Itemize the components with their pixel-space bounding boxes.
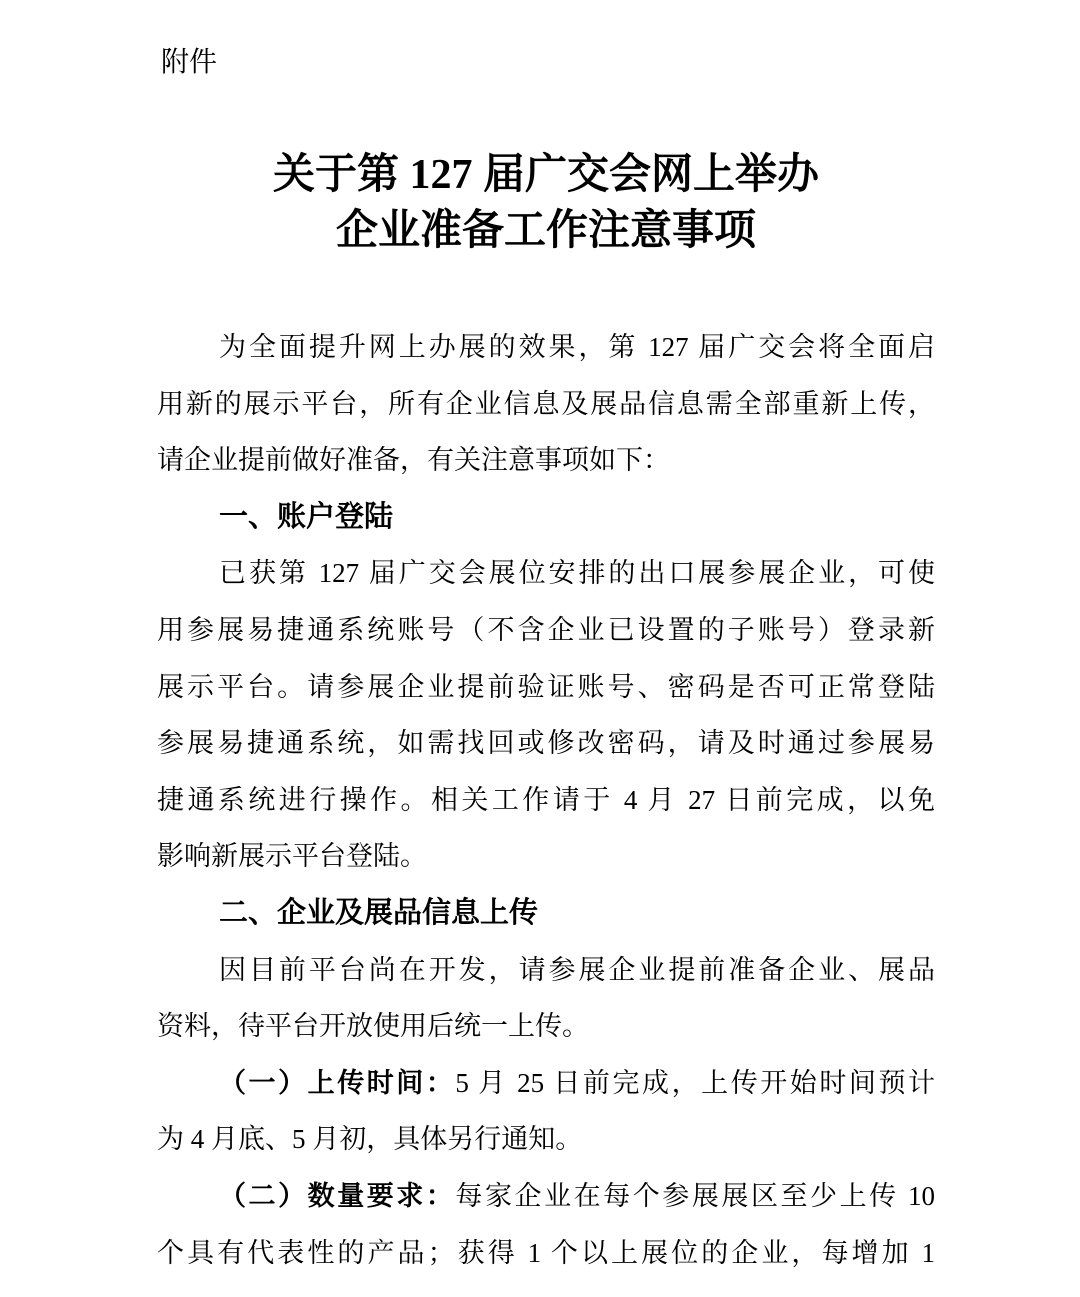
body-text-line: 捷通系统进行操作。相关工作请于 4 月 27 日前完成，以免 xyxy=(157,772,935,829)
document-title: 关于第 127 届广交会网上举办 企业准备工作注意事项 xyxy=(157,147,935,259)
body-text-line: （二）数量要求：每家企业在每个参展展区至少上传 10 xyxy=(157,1168,935,1225)
body-text-line: （一）上传时间：5 月 25 日前完成，上传开始时间预计 xyxy=(157,1055,935,1112)
body-text-line: 已获第 127 届广交会展位安排的出口展参展企业，可使 xyxy=(157,545,935,602)
attachment-label: 附件 xyxy=(161,46,217,78)
document-page: 附件 关于第 127 届广交会网上举办 企业准备工作注意事项 为全面提升网上办展… xyxy=(0,0,1080,1297)
body-text-line: 影响新展示平台登陆。 xyxy=(157,828,935,885)
bold-label: （二）数量要求： xyxy=(219,1181,455,1211)
bold-label: （一）上传时间： xyxy=(219,1068,455,1098)
body-text-line: 展示平台。请参展企业提前验证账号、密码是否可正常登陆 xyxy=(157,659,935,716)
title-line-2: 企业准备工作注意事项 xyxy=(157,203,935,259)
body-text-line: 参展易捷通系统，如需找回或修改密码，请及时通过参展易 xyxy=(157,715,935,772)
body-text-line: 用新的展示平台，所有企业信息及展品信息需全部重新上传， xyxy=(157,376,935,433)
section-heading: 二、企业及展品信息上传 xyxy=(157,885,935,942)
section-heading: 一、账户登陆 xyxy=(157,489,935,546)
body-text-line: 用参展易捷通系统账号（不含企业已设置的子账号）登录新 xyxy=(157,602,935,659)
body-text-line: 请企业提前做好准备，有关注意事项如下： xyxy=(157,432,935,489)
document-body: 为全面提升网上办展的效果，第 127 届广交会将全面启用新的展示平台，所有企业信… xyxy=(157,319,935,1281)
body-text-line: 资料，待平台开放使用后统一上传。 xyxy=(157,998,935,1055)
body-text-line: 因目前平台尚在开发，请参展企业提前准备企业、展品 xyxy=(157,942,935,999)
body-text-line: 为 4 月底、5 月初，具体另行通知。 xyxy=(157,1111,935,1168)
title-line-1: 关于第 127 届广交会网上举办 xyxy=(157,147,935,203)
body-text-line: 个具有代表性的产品；获得 1 个以上展位的企业，每增加 1 xyxy=(157,1225,935,1282)
body-text-line: 为全面提升网上办展的效果，第 127 届广交会将全面启 xyxy=(157,319,935,376)
